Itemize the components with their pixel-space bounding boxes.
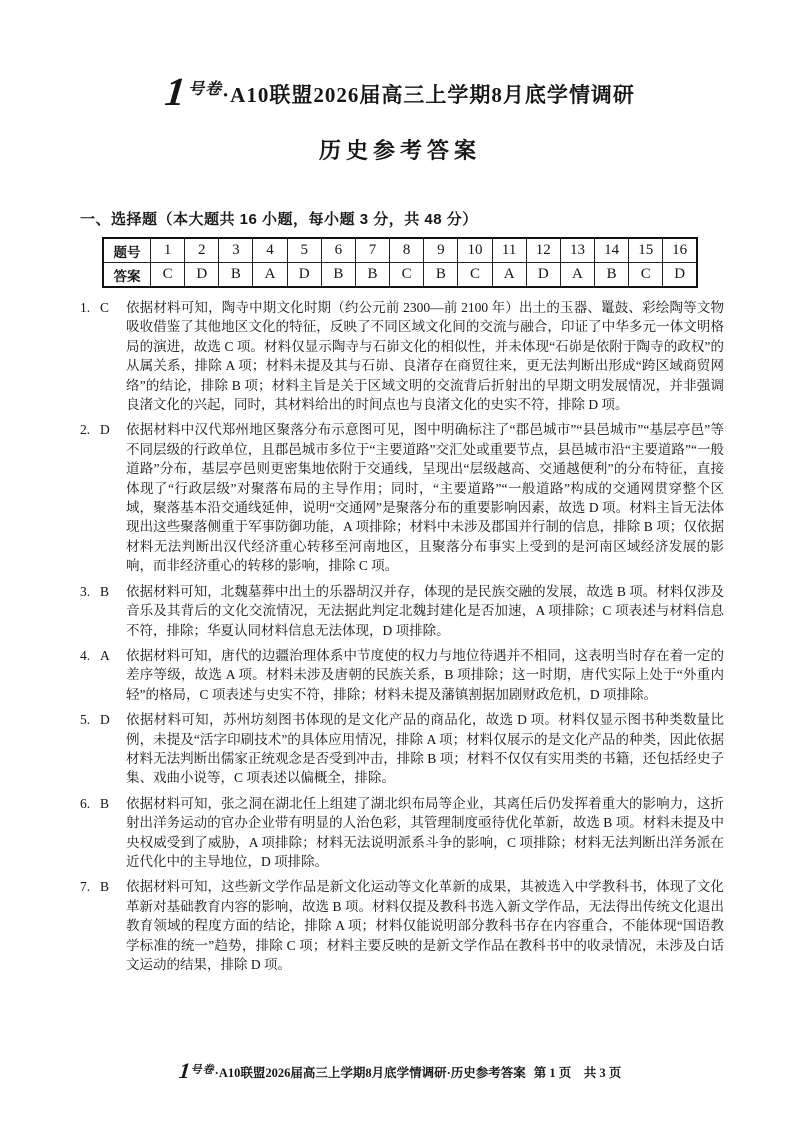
qnum-cell: 2 — [185, 238, 219, 263]
question-number-row: 题号 1 2 3 4 5 6 7 8 9 10 11 12 13 14 15 1… — [103, 238, 697, 263]
qnum-cell: 13 — [560, 238, 594, 263]
answer-cell: D — [287, 263, 321, 288]
item-explanation-text: 依据材料可知，北魏墓葬中出土的乐器胡汉并存，体现的是民族交融的发展，故选 B 项… — [126, 582, 724, 640]
brand-logo-suffix: 号卷 — [188, 82, 222, 98]
qnum-cell: 3 — [219, 238, 253, 263]
item-number: 3. — [80, 582, 100, 640]
explanation-item-1: 1. C 依据材料可知，陶寺中期文化时期（约公元前 2300—前 2100 年）… — [80, 298, 724, 414]
item-answer: A — [100, 646, 126, 704]
item-number: 1. — [80, 298, 100, 414]
qnum-cell: 9 — [424, 238, 458, 263]
brand-logo-numeral: 1 — [163, 72, 188, 112]
item-number: 2. — [80, 420, 100, 575]
answer-cell: C — [458, 263, 492, 288]
answer-cell: C — [390, 263, 424, 288]
footer-brand-logo: 1号卷 — [179, 1061, 215, 1083]
item-number: 6. — [80, 794, 100, 872]
brand-logo: 1号卷 — [165, 74, 222, 114]
document-title: 1号卷 ·A10联盟2026届高三上学期8月底学情调研 — [0, 74, 800, 114]
item-answer: D — [100, 710, 126, 788]
item-answer: B — [100, 794, 126, 872]
answer-cell: A — [492, 263, 526, 288]
footer-text: ·A10联盟2026届高三上学期8月底学情调研·历史参考答案 — [215, 1063, 526, 1081]
footer-page-info: 第 1 页 共 3 页 — [534, 1063, 622, 1081]
qnum-cell: 7 — [355, 238, 389, 263]
content-area: 一、选择题（本大题共 16 小题，每小题 3 分，共 48 分） 题号 1 2 … — [0, 208, 800, 974]
answer-cell: B — [219, 263, 253, 288]
item-number: 5. — [80, 710, 100, 788]
answer-cell: B — [321, 263, 355, 288]
item-number: 4. — [80, 646, 100, 704]
answer-cell: B — [355, 263, 389, 288]
explanation-item-2: 2. D 依据材料中汉代郑州地区聚落分布示意图可见，图中明确标注了“郡邑城市”“… — [80, 420, 724, 575]
qnum-cell: 15 — [629, 238, 663, 263]
explanation-item-4: 4. A 依据材料可知，唐代的边疆治理体系中节度使的权力与地位待遇并不相同，这表… — [80, 646, 724, 704]
item-explanation-text: 依据材料可知，陶寺中期文化时期（约公元前 2300—前 2100 年）出土的玉器… — [126, 298, 724, 414]
qnum-cell: 14 — [595, 238, 629, 263]
qnum-cell: 4 — [253, 238, 287, 263]
item-answer: D — [100, 420, 126, 575]
qnum-cell: 12 — [526, 238, 560, 263]
answer-cell: C — [151, 263, 185, 288]
page-footer: 1号卷 ·A10联盟2026届高三上学期8月底学情调研·历史参考答案 第 1 页… — [0, 1061, 800, 1083]
item-explanation-text: 依据材料可知，唐代的边疆治理体系中节度使的权力与地位待遇并不相同，这表明当时存在… — [126, 646, 724, 704]
item-explanation-text: 依据材料中汉代郑州地区聚落分布示意图可见，图中明确标注了“郡邑城市”“县邑城市”… — [126, 420, 724, 575]
section-heading: 一、选择题（本大题共 16 小题，每小题 3 分，共 48 分） — [80, 208, 724, 229]
title-text: ·A10联盟2026届高三上学期8月底学情调研 — [222, 79, 635, 109]
item-explanation-text: 依据材料可知，张之洞在湖北任上组建了湖北织布局等企业，其离任后仍发挥着重大的影响… — [126, 794, 724, 872]
answer-cell: D — [663, 263, 697, 288]
answer-cell: D — [526, 263, 560, 288]
item-explanation-text: 依据材料可知，这些新文学作品是新文化运动等文化革新的成果，其被选入中学教科书，体… — [126, 877, 724, 974]
answer-key-table: 题号 1 2 3 4 5 6 7 8 9 10 11 12 13 14 15 1… — [102, 237, 698, 288]
item-number: 7. — [80, 877, 100, 974]
qnum-cell: 1 — [151, 238, 185, 263]
row-label-qnum: 题号 — [103, 238, 151, 263]
item-answer: B — [100, 877, 126, 974]
explanation-item-6: 6. B 依据材料可知，张之洞在湖北任上组建了湖北织布局等企业，其离任后仍发挥着… — [80, 794, 724, 872]
answer-cell: A — [560, 263, 594, 288]
answer-cell: A — [253, 263, 287, 288]
qnum-cell: 11 — [492, 238, 526, 263]
qnum-cell: 10 — [458, 238, 492, 263]
explanation-item-5: 5. D 依据材料可知，苏州坊刻图书体现的是文化产品的商品化，故选 D 项。材料… — [80, 710, 724, 788]
subject-subtitle: 历史参考答案 — [0, 134, 800, 165]
document-header: 1号卷 ·A10联盟2026届高三上学期8月底学情调研 历史参考答案 — [0, 0, 800, 165]
document-page: 1号卷 ·A10联盟2026届高三上学期8月底学情调研 历史参考答案 一、选择题… — [0, 0, 800, 1131]
answer-cell: B — [424, 263, 458, 288]
answer-row: 答案 C D B A D B B C B C A D A B C D — [103, 263, 697, 288]
footer-brand-numeral: 1 — [178, 1060, 191, 1082]
answer-cell: C — [629, 263, 663, 288]
qnum-cell: 6 — [321, 238, 355, 263]
item-explanation-text: 依据材料可知，苏州坊刻图书体现的是文化产品的商品化，故选 D 项。材料仅显示图书… — [126, 710, 724, 788]
explanation-list: 1. C 依据材料可知，陶寺中期文化时期（约公元前 2300—前 2100 年）… — [80, 298, 724, 974]
item-answer: B — [100, 582, 126, 640]
qnum-cell: 8 — [390, 238, 424, 263]
footer-brand-suffix: 号卷 — [191, 1065, 215, 1076]
item-answer: C — [100, 298, 126, 414]
explanation-item-7: 7. B 依据材料可知，这些新文学作品是新文化运动等文化革新的成果，其被选入中学… — [80, 877, 724, 974]
row-label-answer: 答案 — [103, 263, 151, 288]
answer-cell: D — [185, 263, 219, 288]
qnum-cell: 16 — [663, 238, 697, 263]
footer-inner: 1号卷 ·A10联盟2026届高三上学期8月底学情调研·历史参考答案 第 1 页… — [179, 1061, 622, 1083]
qnum-cell: 5 — [287, 238, 321, 263]
explanation-item-3: 3. B 依据材料可知，北魏墓葬中出土的乐器胡汉并存，体现的是民族交融的发展，故… — [80, 582, 724, 640]
answer-cell: B — [595, 263, 629, 288]
